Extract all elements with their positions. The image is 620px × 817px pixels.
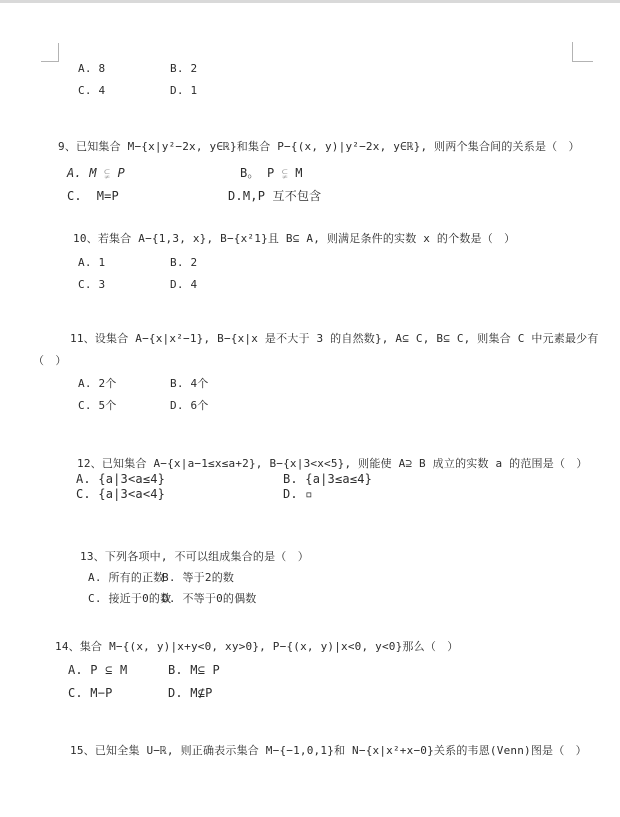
question-11-option-a: A. 2个 — [78, 377, 117, 390]
question-10-option-a: A. 1 — [78, 256, 105, 269]
question-9-option-a: A. M ⫋ P — [67, 166, 125, 182]
question-10-stem: 10、若集合 A−{1,3, x}, B−{x²1}且 B⊆ A, 则满足条件的… — [73, 232, 515, 245]
question-12-option-a: A. {a|3<a≤4} — [76, 472, 165, 486]
margin-crop-mark-left — [41, 43, 59, 62]
question-14-option-b: B. M⊆ P — [168, 663, 220, 677]
question-14-stem: 14、集合 M−{(x, y)|x+y<0, xy>0}, P−{(x, y)|… — [55, 640, 458, 653]
prior-option-a: A. 8 — [78, 62, 105, 75]
option-b-text: B。 P — [240, 166, 282, 180]
question-9-option-b: B。 P ⫋ M — [240, 166, 303, 182]
question-9-option-c: C. M=P — [67, 189, 119, 203]
question-14-option-c: C. M−P — [68, 686, 113, 700]
question-13-option-b: B. 等于2的数 — [162, 571, 234, 584]
question-9-stem: 9、已知集合 M−{x|y²−2x, y∈ℝ}和集合 P−{(x, y)|y²−… — [58, 140, 580, 153]
question-13-option-a: A. 所有的正数 — [88, 571, 164, 584]
prior-option-c: C. 4 — [78, 84, 105, 97]
question-13-stem: 13、下列各项中, 不可以组成集合的是（ ） — [80, 550, 309, 563]
question-10-option-d: D. 4 — [170, 278, 197, 291]
prior-option-b: B. 2 — [170, 62, 197, 75]
question-11-option-d: D. 6个 — [170, 399, 209, 412]
question-12-stem: 12、已知集合 A−{x|a−1≤x≤a+2}, B−{x|3<x<5}, 则能… — [77, 457, 588, 470]
option-a-text-end: P — [110, 166, 125, 180]
question-12-option-b: B. {a|3≤a≤4} — [283, 472, 372, 486]
question-13-option-c: C. 接近于0的数 — [88, 592, 171, 605]
document-page[interactable]: A. 8 B. 2 C. 4 D. 1 9、已知集合 M−{x|y²−2x, y… — [0, 0, 620, 817]
prior-option-d: D. 1 — [170, 84, 197, 97]
question-10-option-b: B. 2 — [170, 256, 197, 269]
question-12-option-c: C. {a|3<a<4} — [76, 487, 165, 501]
question-11-stem: 11、设集合 A−{x|x²−1}, B−{x|x 是不大于 3 的自然数}, … — [70, 332, 599, 345]
question-13-option-d: D. 不等于0的偶数 — [162, 592, 257, 605]
question-14-option-a: A. P ⊆ M — [68, 663, 127, 677]
question-12-option-d: D. ▫ — [283, 487, 313, 501]
question-14-option-d: D. M⊈P — [168, 686, 213, 700]
question-9-option-d: D.M,P 互不包含 — [228, 189, 321, 203]
top-edge-divider — [0, 0, 620, 3]
question-11-option-c: C. 5个 — [78, 399, 117, 412]
question-11-option-b: B. 4个 — [170, 377, 209, 390]
question-11-answer-paren: （ ） — [33, 354, 67, 367]
margin-crop-mark-right — [572, 42, 593, 62]
question-15-stem: 15、已知全集 U−ℝ, 则正确表示集合 M−{−1,0,1}和 N−{x|x²… — [70, 744, 587, 757]
question-10-option-c: C. 3 — [78, 278, 105, 291]
option-b-text-end: M — [288, 166, 303, 180]
option-a-text: A. M — [67, 166, 104, 180]
